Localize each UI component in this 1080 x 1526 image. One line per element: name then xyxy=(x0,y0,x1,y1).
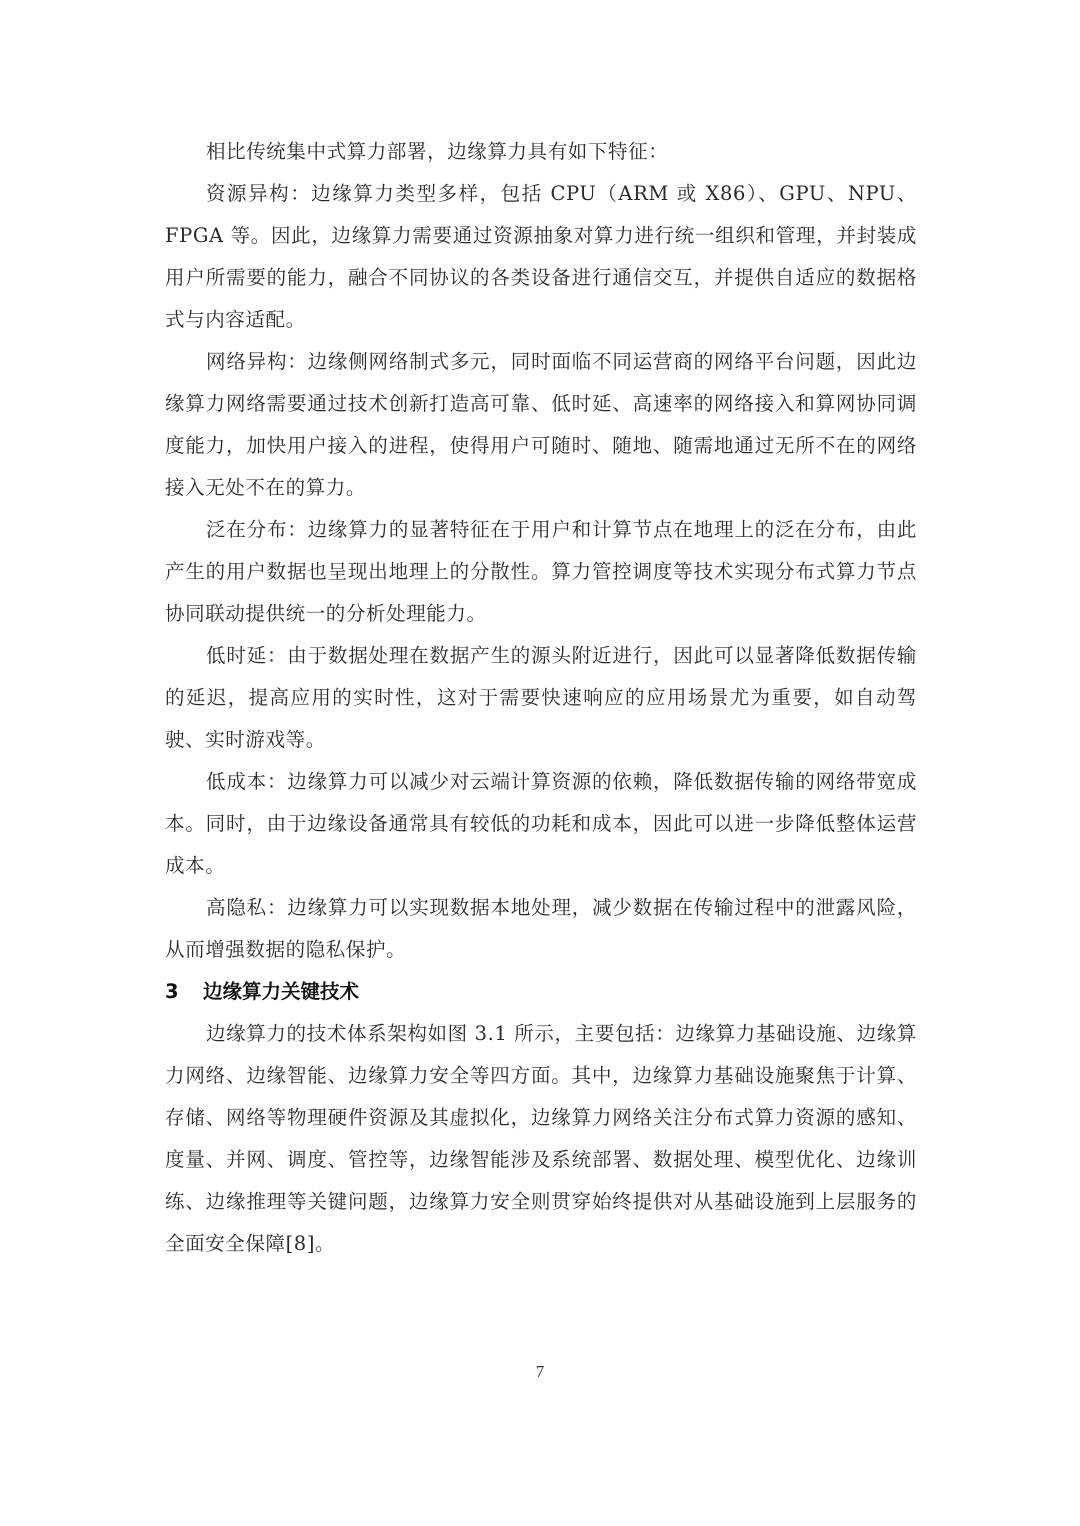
page-number: 7 xyxy=(0,1362,1080,1382)
feature-low-cost: 低成本：边缘算力可以减少对云端计算资源的依赖，降低数据传输的网络带宽成本。同时，… xyxy=(165,761,917,887)
section-heading: 3边缘算力关键技术 xyxy=(165,971,917,1013)
intro-paragraph: 相比传统集中式算力部署，边缘算力具有如下特征： xyxy=(165,131,917,173)
section-body-paragraph: 边缘算力的技术体系架构如图 3.1 所示，主要包括：边缘算力基础设施、边缘算力网… xyxy=(165,1013,917,1265)
feature-network-heterogeneity: 网络异构：边缘侧网络制式多元，同时面临不同运营商的网络平台问题，因此边缘算力网络… xyxy=(165,341,917,509)
feature-low-latency: 低时延：由于数据处理在数据产生的源头附近进行，因此可以显著降低数据传输的延迟，提… xyxy=(165,635,917,761)
feature-resource-heterogeneity: 资源异构：边缘算力类型多样，包括 CPU（ARM 或 X86）、GPU、NPU、… xyxy=(165,173,917,341)
feature-high-privacy: 高隐私：边缘算力可以实现数据本地处理，减少数据在传输过程中的泄露风险，从而增强数… xyxy=(165,887,917,971)
feature-ubiquitous-distribution: 泛在分布：边缘算力的显著特征在于用户和计算节点在地理上的泛在分布，由此产生的用户… xyxy=(165,509,917,635)
section-number: 3 xyxy=(165,971,203,1013)
document-page: 相比传统集中式算力部署，边缘算力具有如下特征： 资源异构：边缘算力类型多样，包括… xyxy=(165,131,917,1265)
section-title: 边缘算力关键技术 xyxy=(203,980,359,1003)
